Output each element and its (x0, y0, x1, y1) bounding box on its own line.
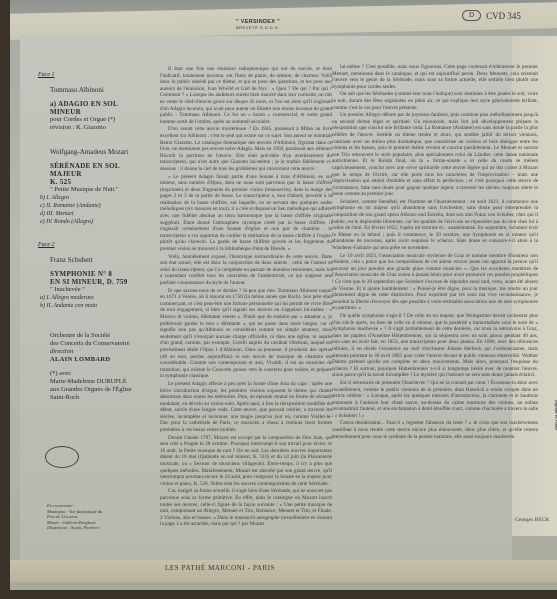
work-title: SÉRÉNADE EN SOL MAJEUR (50, 162, 148, 178)
paragraph: De quelle symphonie s'agit-il ? De celle… (332, 313, 538, 379)
composer: Tommaso Albinoni (50, 86, 148, 94)
paragraph: Et que savons-nous de ce dernier ? Si pe… (160, 288, 332, 380)
author-signature: Georges BECK (515, 517, 549, 523)
paragraph: Est-il nécessaire de présenter l'Inachev… (332, 380, 538, 420)
record-sleeve-back: " VERSINDEX " BREVETÉ S.G.D.G. D CVD 345… (10, 0, 557, 590)
work-detail: pour Cordes et Orgue (*) (50, 116, 148, 124)
composer: Franz Schubert (50, 256, 148, 264)
paragraph: Voilà, honnêtement exposé, l'historique … (160, 254, 332, 287)
movement: d) III. Menuet (40, 210, 148, 218)
credit-line: Illustration : Scala, Florence (47, 525, 102, 531)
paragraph: Un premier Allegro débute par de joyeuse… (332, 112, 538, 198)
orchestra: des Concerts du Conservatoire (50, 340, 148, 348)
paragraph: lui-même ? C'est possible, mais nous l'i… (332, 64, 538, 90)
work-title: SYMPHONIE N° 8 (50, 270, 148, 278)
paragraph: On sait que les Sérénades (comme leur no… (332, 91, 538, 111)
composer: Wolfgang-Amadeus Mozart (50, 148, 148, 156)
tracklist: Face 1 Tommaso Albinoni a) ADAGIO EN SOL… (38, 72, 148, 402)
movement: e) IV. Rondo (Allegro) (40, 218, 148, 226)
organist: Marie-Madeleine DURUFLÉ (50, 378, 148, 386)
conductor: ALAIN LOMBARD (50, 356, 110, 363)
brand-patent: BREVETÉ S.G.D.G. (236, 26, 280, 30)
work-detail: révision : R. Giazotto (50, 124, 148, 132)
note: (*) avec (50, 370, 148, 378)
publisher-label: LES PATHÉ MARCONI - PARIS (165, 564, 275, 572)
movement: a) I. Allegro moderato (40, 294, 148, 302)
paragraph: Cetera desiderantur... Faut-il « regrett… (332, 420, 538, 440)
face-2-label: Face 2 (38, 242, 148, 248)
work-detail: K. 525 (50, 178, 148, 186)
work-detail: " Petite Musique de Nuit " (50, 186, 148, 194)
work-detail: EN SI MINEUR, D. 759 (50, 278, 148, 286)
liner-notes-column-2: lui-même ? C'est possible, mais nous l'i… (332, 64, 538, 494)
paragraph: D'où venait cette œuvre mystérieuse ? En… (160, 126, 332, 172)
organ-venue: Saint-Roch (50, 394, 148, 402)
liner-notes-column-1: Il était une fois une émission radiophon… (160, 66, 332, 526)
his-masters-voice-logo-icon (45, 446, 79, 468)
bottom-band (10, 560, 557, 582)
movement: b) II. Andante con moto (40, 302, 148, 310)
catalog-code: CVD 345 (486, 11, 521, 21)
cover-credits: En couverture : Mantegna : Vue fantastiq… (47, 503, 102, 531)
versindex-brand: " VERSINDEX " BREVETÉ S.G.D.G. (236, 20, 280, 30)
work-title: a) ADAGIO EN SOL MINEUR (50, 100, 148, 116)
work-detail: " Inachevée " (50, 286, 148, 294)
catalog-number: D CVD 345 (462, 10, 521, 21)
movement: c) II. Romanze (Andante) (40, 202, 148, 210)
paragraph: Il était une fois une émission radiophon… (160, 66, 332, 125)
orchestra: Orchestre de la Société (50, 332, 148, 340)
paragraph: Schubert, comme Stendhal, est l'homme de… (332, 199, 538, 252)
paragraph: « Le présent Adagio faisait partie d'une… (160, 174, 332, 253)
paragraph: Car, malgré sa forme actuelle, il s'agit… (160, 488, 332, 526)
top-band (10, 2, 557, 39)
performers: Orchestre de la Société des Concerts du … (38, 332, 148, 402)
paragraph: Durant l'année 1787, Mozart est occupé p… (160, 435, 332, 488)
organ-venue: aux Grandes Orgues de l'Église (50, 386, 148, 394)
direction-label: direction (50, 348, 148, 356)
paragraph: Le présent Adagio affecte à peu près la … (160, 381, 332, 434)
paragraph: Le 10 avril 1823, l'association musicale… (332, 253, 538, 312)
movement: b) I. Allegro (40, 194, 148, 202)
face-1-label: Face 1 (38, 72, 148, 78)
label-letter: D (462, 10, 481, 21)
